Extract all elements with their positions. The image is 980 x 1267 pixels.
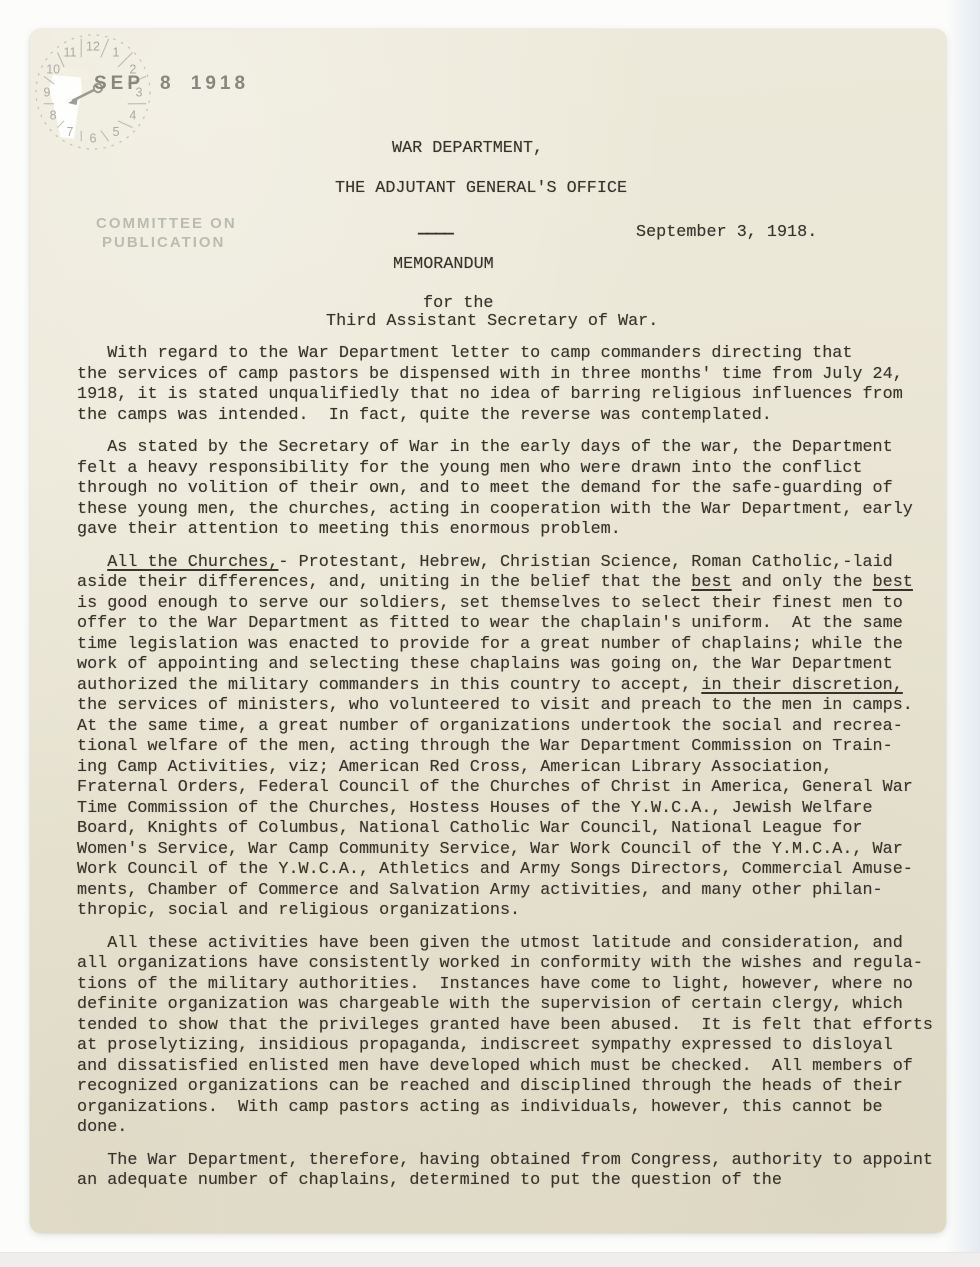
body-line: is good enough to serve our soldiers, se…	[77, 594, 949, 615]
recipient-line: Third Assistant Secretary of War.	[326, 312, 658, 333]
body-line: Work Council of the Y.W.C.A., Athletics …	[77, 860, 949, 881]
body-line: an adequate number of chaplains, determi…	[77, 1171, 949, 1192]
body-line: Time Commission of the Churches, Hostess…	[77, 799, 949, 820]
body-line: the services of ministers, who volunteer…	[77, 696, 949, 717]
body-line: done.	[77, 1118, 949, 1139]
scanner-strip	[0, 1252, 980, 1267]
body-line: ments, Chamber of Commerce and Salvation…	[77, 881, 949, 902]
svg-text:4: 4	[129, 108, 136, 122]
body-line: The War Department, therefore, having ob…	[77, 1151, 949, 1172]
svg-text:1: 1	[113, 45, 120, 59]
body-line: time legislation was enacted to provide …	[77, 635, 949, 656]
scan-edge-tint	[946, 0, 980, 1267]
clock-time-stamp: 121234567891011	[30, 29, 156, 155]
body-line: and dissatisfied enlisted men have devel…	[77, 1057, 949, 1078]
body-line: these young men, the churches, acting in…	[77, 500, 949, 521]
committee-stamp-line1: COMMITTEE ON	[96, 215, 237, 232]
paragraph: All the Churches,- Protestant, Hebrew, C…	[77, 553, 949, 922]
committee-stamp-line2: PUBLICATION	[102, 234, 225, 251]
paragraph: As stated by the Secretary of War in the…	[77, 438, 949, 541]
body-line: With regard to the War Department letter…	[77, 344, 949, 365]
svg-text:3: 3	[136, 85, 143, 99]
body-line: All these activities have been given the…	[77, 934, 949, 955]
body-line: the camps was intended. In fact, quite t…	[77, 406, 949, 427]
svg-text:2: 2	[129, 62, 136, 76]
body-line: As stated by the Secretary of War in the…	[77, 438, 949, 459]
body-line: through no volition of their own, and to…	[77, 479, 949, 500]
body-line: 1918, it is stated unqualifiedly that no…	[77, 385, 949, 406]
svg-text:9: 9	[44, 85, 51, 99]
body-line: recognized organizations can be reached …	[77, 1077, 949, 1098]
paper: SEP 8 1918 121234567891011 COMMITTEE ON …	[30, 29, 946, 1233]
svg-text:8: 8	[50, 108, 57, 122]
body-line: tional welfare of the men, acting throug…	[77, 737, 949, 758]
svg-text:6: 6	[90, 131, 97, 145]
body-line: at proselytizing, insidious propaganda, …	[77, 1036, 949, 1057]
body-line: definite organization was chargeable wit…	[77, 995, 949, 1016]
paragraph: All these activities have been given the…	[77, 934, 949, 1139]
svg-text:5: 5	[113, 125, 120, 139]
svg-text:7: 7	[67, 125, 74, 139]
svg-text:10: 10	[46, 62, 60, 76]
body-line: organizations. With camp pastors acting …	[77, 1098, 949, 1119]
body-line: felt a heavy responsibility for the youn…	[77, 459, 949, 480]
body-line: gave their attention to meeting this eno…	[77, 520, 949, 541]
memo-body: With regard to the War Department letter…	[77, 344, 949, 1204]
body-line: work of appointing and selecting these c…	[77, 655, 949, 676]
letterhead-office: THE ADJUTANT GENERAL'S OFFICE	[335, 179, 627, 200]
body-line: tions of the military authorities. Insta…	[77, 975, 949, 996]
clock-hand-icon	[68, 84, 102, 105]
divider-dash: ————	[418, 225, 452, 246]
doc-type-title: MEMORANDUM	[393, 255, 494, 276]
body-line: Fraternal Orders, Federal Council of the…	[77, 778, 949, 799]
letterhead-department: WAR DEPARTMENT,	[392, 139, 543, 160]
body-line: Board, Knights of Columbus, National Cat…	[77, 819, 949, 840]
svg-text:11: 11	[64, 45, 77, 59]
body-line: thropic, social and religious organizati…	[77, 901, 949, 922]
body-line: the services of camp pastors be dispense…	[77, 365, 949, 386]
body-line: All the Churches,- Protestant, Hebrew, C…	[77, 553, 949, 574]
svg-text:12: 12	[86, 39, 100, 53]
body-line: At the same time, a great number of orga…	[77, 717, 949, 738]
memo-date: September 3, 1918.	[636, 223, 817, 244]
body-line: tended to show that the privileges grant…	[77, 1016, 949, 1037]
body-line: aside their differences, and, uniting in…	[77, 573, 949, 594]
body-line: ing Camp Activities, viz; American Red C…	[77, 758, 949, 779]
body-line: offer to the War Department as fitted to…	[77, 614, 949, 635]
paragraph: The War Department, therefore, having ob…	[77, 1151, 949, 1192]
body-line: Women's Service, War Camp Community Serv…	[77, 840, 949, 861]
body-line: all organizations have consistently work…	[77, 954, 949, 975]
body-line: authorized the military commanders in th…	[77, 676, 949, 697]
paragraph: With regard to the War Department letter…	[77, 344, 949, 426]
